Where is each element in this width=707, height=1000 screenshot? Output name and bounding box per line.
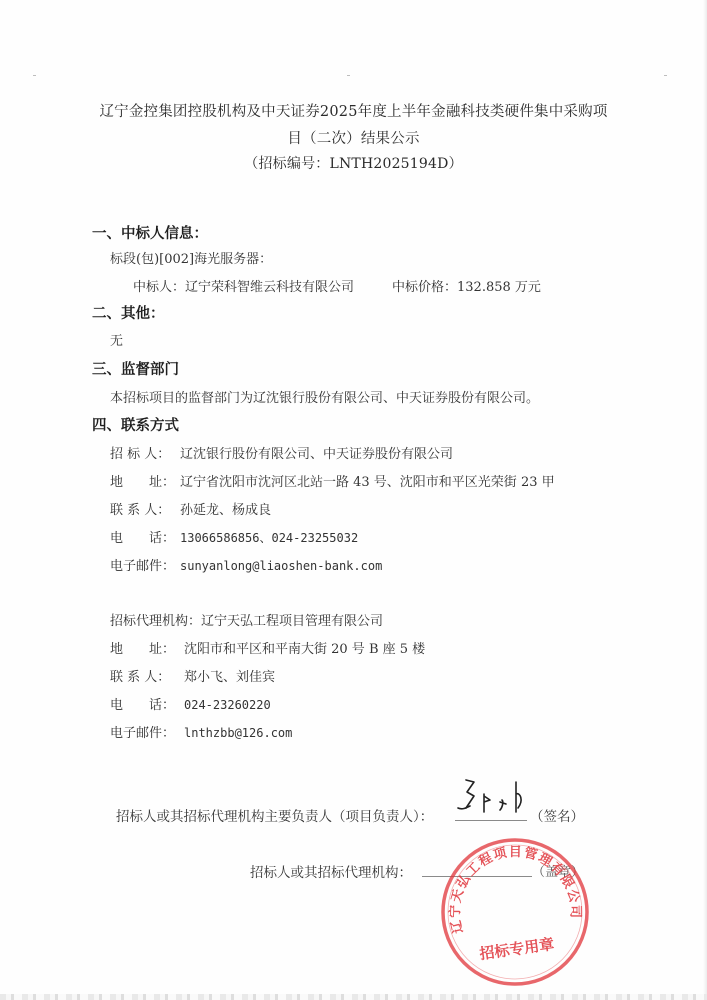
tenderer-org-value: 辽沈银行股份有限公司、中天证券股份有限公司 xyxy=(180,447,453,462)
section-heading-winner-info: 一、中标人信息： xyxy=(92,222,208,243)
tenderer-address-row: 地 址：辽宁省沈阳市沈河区北站一路 43 号、沈阳市和平区光荣街 23 甲 xyxy=(110,471,555,490)
price-label: 中标价格： xyxy=(392,276,457,295)
agency-address-label: 地 址： xyxy=(110,638,184,657)
winner-row: 中标人：辽宁荣科智维云科技有限公司 xyxy=(133,276,354,295)
bid-number: （招标编号：LNTH2025194D） xyxy=(0,153,707,173)
tenderer-phone-row: 电 话：13066586856、024-23255032 xyxy=(110,527,358,546)
document-title-line-2: 目（二次）结果公示 xyxy=(0,127,707,148)
agency-email-row: 电子邮件：lnthzbb@126.com xyxy=(110,722,292,741)
crop-mark xyxy=(347,75,350,76)
tenderer-phone-label: 电 话： xyxy=(110,527,180,546)
agency-contact-value: 郑小飞、刘佳宾 xyxy=(184,670,275,685)
supervision-content: 本招标项目的监督部门为辽沈银行股份有限公司、中天证券股份有限公司。 xyxy=(110,387,539,406)
sign-suffix: （签名） xyxy=(530,805,584,825)
winner-value: 辽宁荣科智维云科技有限公司 xyxy=(185,280,354,295)
agency-email-value: lnthzbb@126.com xyxy=(184,726,292,740)
agency-phone-label: 电 话： xyxy=(110,694,184,713)
responsible-person-label: 招标人或其招标代理机构主要负责人（项目负责人）： xyxy=(116,805,433,825)
price-row: 中标价格：132.858 万元 xyxy=(392,276,541,295)
section-heading-contact: 四、联系方式 xyxy=(92,414,179,435)
agency-email-label: 电子邮件： xyxy=(110,722,184,741)
tenderer-email-value: sunyanlong@liaoshen-bank.com xyxy=(180,559,382,573)
winner-label: 中标人： xyxy=(133,276,185,295)
agency-org-value: 辽宁天弘工程项目管理有限公司 xyxy=(201,614,383,629)
tenderer-address-value: 辽宁省沈阳市沈河区北站一路 43 号、沈阳市和平区光荣街 23 甲 xyxy=(180,475,555,490)
agency-seal-label: 招标人或其招标代理机构： xyxy=(250,861,412,881)
signature-line xyxy=(455,820,527,821)
tenderer-email-row: 电子邮件：sunyanlong@liaoshen-bank.com xyxy=(110,555,382,574)
company-seal-stamp: 辽宁天弘工程项目管理有限公司 招标专用章 xyxy=(435,832,595,992)
tenderer-email-label: 电子邮件： xyxy=(110,555,180,574)
agency-org-row: 招标代理机构：辽宁天弘工程项目管理有限公司 xyxy=(110,610,383,629)
price-value: 132.858 万元 xyxy=(457,280,541,295)
crop-mark xyxy=(664,75,667,76)
scan-artifact-bottom xyxy=(0,994,707,1000)
section-heading-supervision: 三、监督部门 xyxy=(92,358,179,379)
document-title-line-1: 辽宁金控集团控股机构及中天证券2025年度上半年金融科技类硬件集中采购项 xyxy=(0,100,707,121)
agency-phone-value: 024-23260220 xyxy=(184,698,271,712)
scan-edge xyxy=(703,0,707,1000)
tenderer-org-label: 招 标 人： xyxy=(110,443,180,462)
document-page: 辽宁金控集团控股机构及中天证券2025年度上半年金融科技类硬件集中采购项 目（二… xyxy=(0,0,707,1000)
tenderer-contact-value: 孙延龙、杨成良 xyxy=(180,503,271,518)
agency-phone-row: 电 话：024-23260220 xyxy=(110,694,271,713)
tenderer-contact-row: 联 系 人：孙延龙、杨成良 xyxy=(110,499,271,518)
other-content: 无 xyxy=(110,330,123,349)
seal-inner-text: 招标专用章 xyxy=(477,935,555,963)
section-heading-other: 二、其他： xyxy=(92,302,165,323)
tenderer-address-label: 地 址： xyxy=(110,471,180,490)
crop-mark xyxy=(33,75,36,76)
agency-address-value: 沈阳市和平区和平南大街 20 号 B 座 5 楼 xyxy=(184,642,425,657)
tenderer-phone-value: 13066586856、024-23255032 xyxy=(180,531,358,545)
agency-org-label: 招标代理机构： xyxy=(110,610,201,629)
agency-contact-row: 联 系 人：郑小飞、刘佳宾 xyxy=(110,666,275,685)
agency-contact-label: 联 系 人： xyxy=(110,666,184,685)
handwritten-signature xyxy=(452,772,532,820)
agency-address-row: 地 址：沈阳市和平区和平南大街 20 号 B 座 5 楼 xyxy=(110,638,425,657)
tenderer-contact-label: 联 系 人： xyxy=(110,499,180,518)
lot-description: 标段(包)[002]海光服务器： xyxy=(110,248,272,267)
tenderer-org-row: 招 标 人：辽沈银行股份有限公司、中天证券股份有限公司 xyxy=(110,443,453,462)
